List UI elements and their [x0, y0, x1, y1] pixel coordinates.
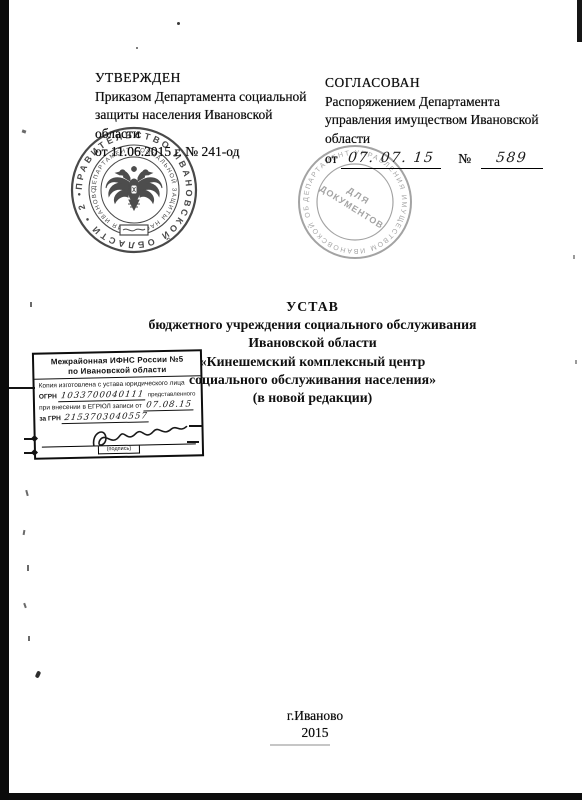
double-headed-eagle-icon	[106, 166, 162, 210]
grn-label: за ГРН	[39, 415, 61, 422]
approved-line: области	[95, 125, 335, 144]
scan-scuff	[30, 302, 32, 307]
signature-scribble-icon	[89, 422, 190, 450]
approved-line: защиты населения Ивановской	[95, 106, 335, 125]
approved-block: УТВЕРЖДЕН Приказом Департамента социальн…	[95, 69, 335, 162]
title-line: социального обслуживания населения»	[60, 371, 565, 389]
approved-heading: УТВЕРЖДЕН	[95, 69, 335, 88]
title-line: (в новой редакции)	[60, 389, 565, 407]
scan-corner-mark	[577, 0, 582, 42]
handwritten-number: 589	[495, 149, 528, 168]
footer-block: г.Иваново 2015	[60, 707, 570, 741]
title-line: «Кинешемский комплексный центр	[60, 353, 565, 371]
scanned-page: ПРАВИТЕЛЬСТВО ИВАНОВСКОЙ ОБЛАСТИ • 2 • Д…	[0, 0, 582, 800]
agreed-block: СОГЛАСОВАН Распоряжением Департамента уп…	[325, 74, 565, 169]
scan-edge-bottom	[9, 793, 582, 800]
title-line: Ивановской области	[60, 334, 565, 352]
title-line: бюджетного учреждения социального обслуж…	[60, 316, 565, 334]
signature-line	[41, 421, 195, 447]
footer-city: г.Иваново	[60, 707, 570, 724]
charter-title: УСТАВ бюджетного учреждения социального …	[60, 298, 565, 407]
scan-line	[9, 387, 35, 389]
number-underline: 589	[481, 149, 543, 169]
scan-scuff	[23, 530, 26, 535]
ogrn-label: ОГРН	[39, 393, 57, 400]
scan-scuff	[35, 670, 42, 678]
number-label: №	[458, 151, 471, 166]
agreed-line: Распоряжением Департамента	[325, 93, 565, 112]
scan-scuff	[270, 744, 330, 746]
scan-scuff	[27, 565, 29, 571]
scan-speckle	[136, 47, 138, 49]
approved-order-line: от 11.06.2015 г. № 241-од	[95, 143, 335, 162]
title-line: УСТАВ	[60, 298, 565, 316]
scan-speckle	[177, 22, 180, 25]
scan-scuff	[28, 636, 30, 641]
approved-line: Приказом Департамента социальной	[95, 88, 335, 107]
agreed-heading: СОГЛАСОВАН	[325, 74, 565, 93]
scan-line	[187, 441, 199, 443]
scan-scuff	[573, 255, 575, 259]
footer-year: 2015	[60, 724, 570, 741]
scan-scuff	[23, 603, 27, 608]
scan-scuff	[25, 490, 28, 496]
scan-line	[189, 425, 203, 427]
date-label: от	[325, 151, 337, 166]
scan-scuff	[22, 129, 27, 133]
agreed-line: области	[325, 130, 565, 149]
agreed-date-line: от 07. 07. 15 № 589	[325, 149, 565, 169]
date-underline: 07. 07. 15	[341, 149, 441, 169]
scan-edge-left	[0, 0, 9, 800]
scan-scuff	[575, 360, 577, 364]
handwritten-date: 07. 07. 15	[347, 149, 435, 168]
agreed-line: управления имуществом Ивановской	[325, 111, 565, 130]
